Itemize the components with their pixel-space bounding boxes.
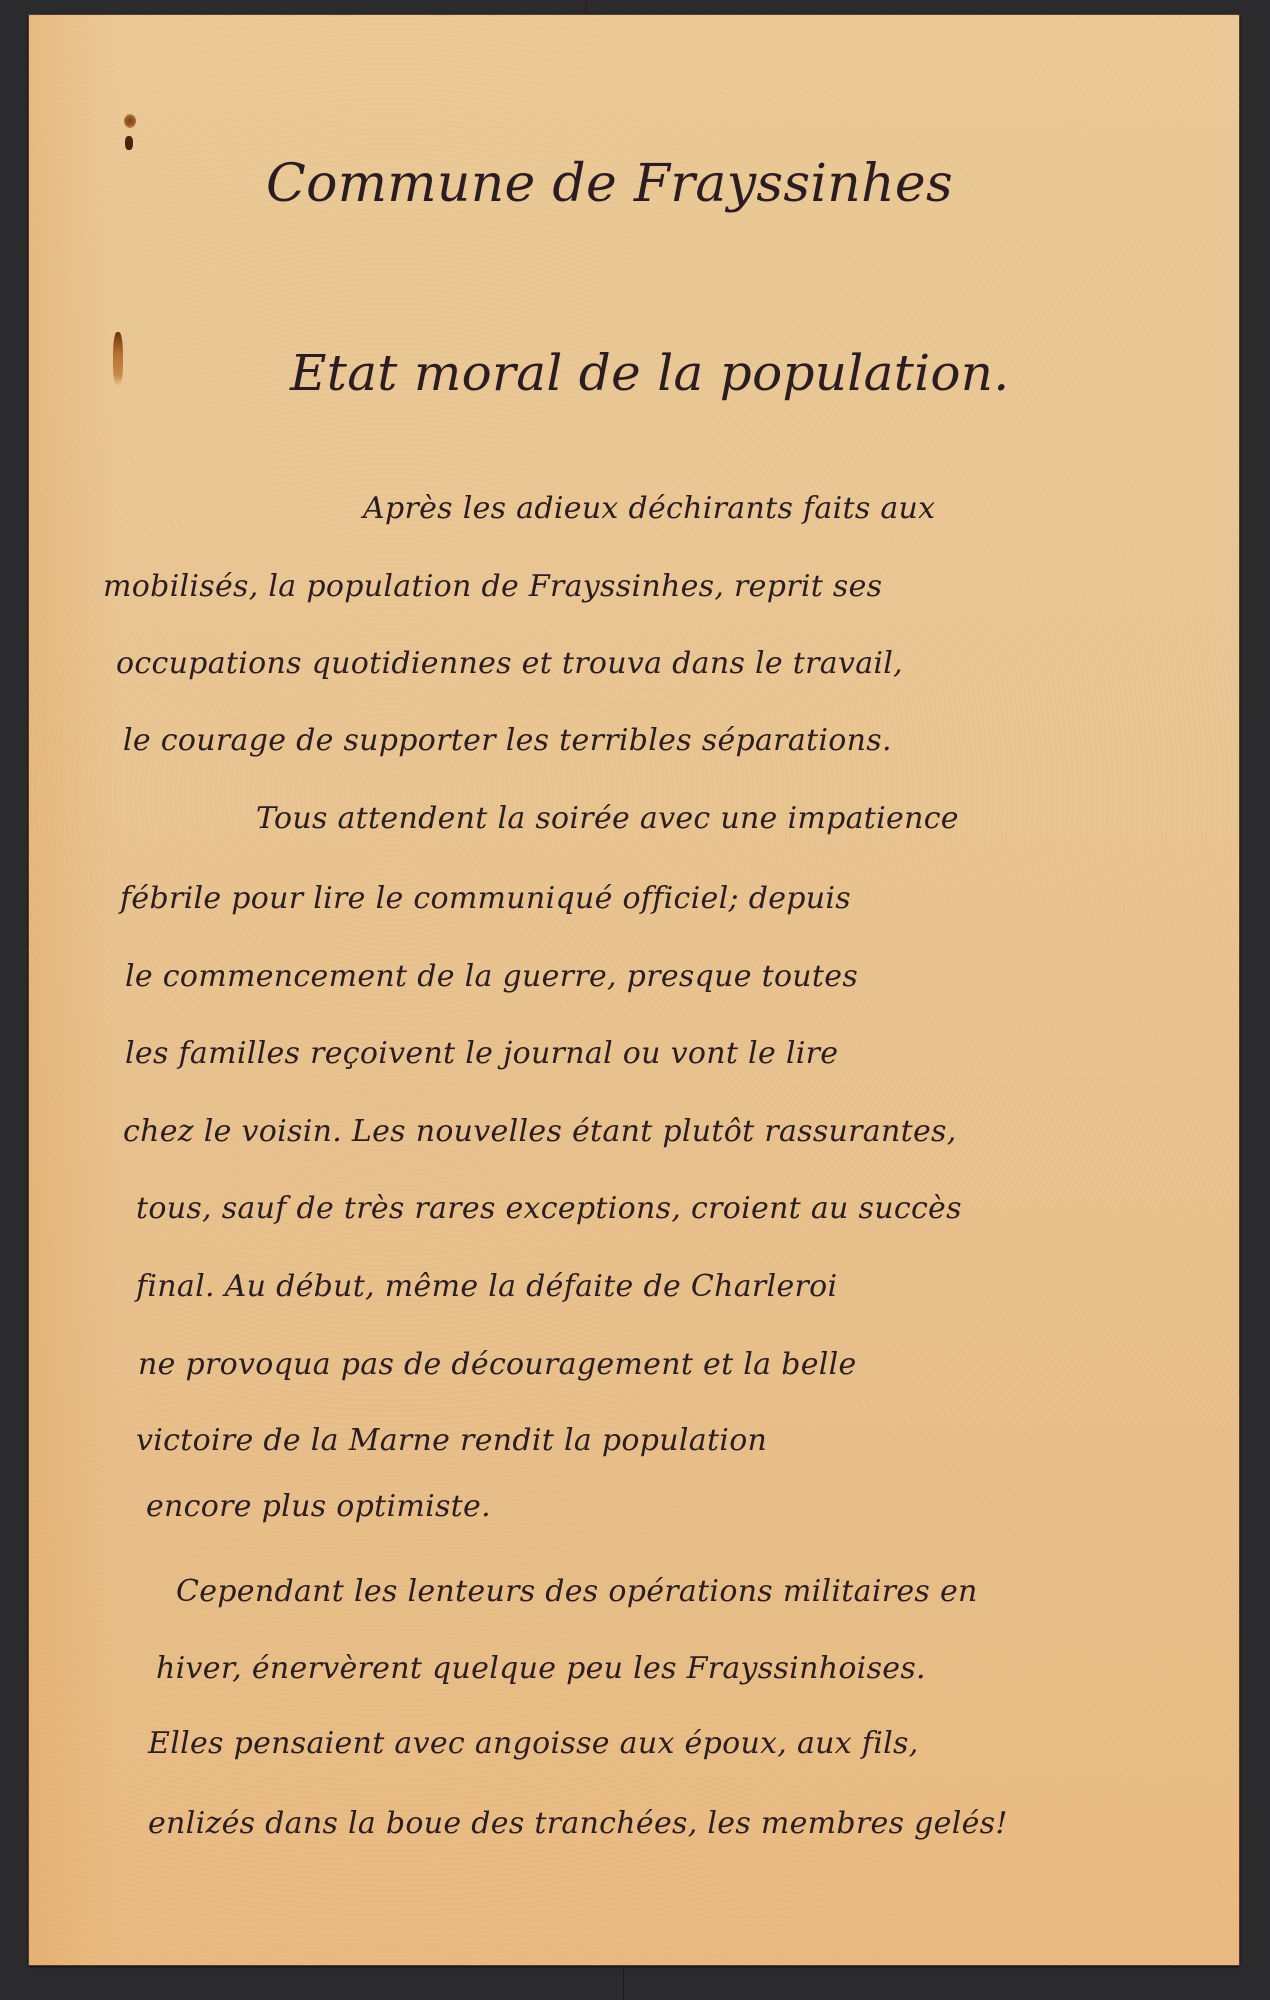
text-line: enlizés dans la boue des tranchées, les … — [148, 1809, 1008, 1839]
text-line: le courage de supporter les terribles sé… — [123, 726, 892, 756]
text-line: mobilisés, la population de Frayssinhes,… — [103, 572, 882, 602]
text-line: le commencement de la guerre, presque to… — [125, 962, 858, 992]
binding-mark-bottom — [623, 1968, 624, 2000]
text-line: Cependant les lenteurs des opérations mi… — [176, 1577, 978, 1607]
text-line: victoire de la Marne rendit la populatio… — [136, 1426, 767, 1456]
rust-stain-punch-hole — [124, 114, 136, 128]
text-line: les familles reçoivent le journal ou von… — [125, 1039, 838, 1069]
text-line: chez le voisin. Les nouvelles étant plut… — [123, 1117, 957, 1147]
text-line: encore plus optimiste. — [146, 1492, 491, 1522]
text-line: final. Au début, même la défaite de Char… — [136, 1272, 837, 1302]
rust-stain-punch-hole — [125, 136, 133, 150]
manuscript-page: Commune de Frayssinhes Etat moral de la … — [28, 14, 1240, 1966]
page-subtitle: Etat moral de la population. — [290, 344, 1009, 402]
text-line: ne provoqua pas de découragement et la b… — [138, 1350, 857, 1380]
text-line: Tous attendent la soirée avec une impati… — [256, 804, 959, 834]
text-line: fébrile pour lire le communiqué officiel… — [120, 884, 851, 914]
text-line: occupations quotidiennes et trouva dans … — [116, 649, 903, 679]
text-line: Après les adieux déchirants faits aux — [363, 494, 935, 524]
text-line: Elles pensaient avec angoisse aux époux,… — [148, 1729, 919, 1759]
text-line: hiver, énervèrent quelque peu les Frayss… — [156, 1654, 926, 1684]
text-line: tous, sauf de très rares exceptions, cro… — [136, 1194, 962, 1224]
binding-mark-top — [585, 0, 587, 14]
page-title: Commune de Frayssinhes — [266, 154, 953, 214]
rust-stain-punch-hole — [113, 332, 123, 386]
